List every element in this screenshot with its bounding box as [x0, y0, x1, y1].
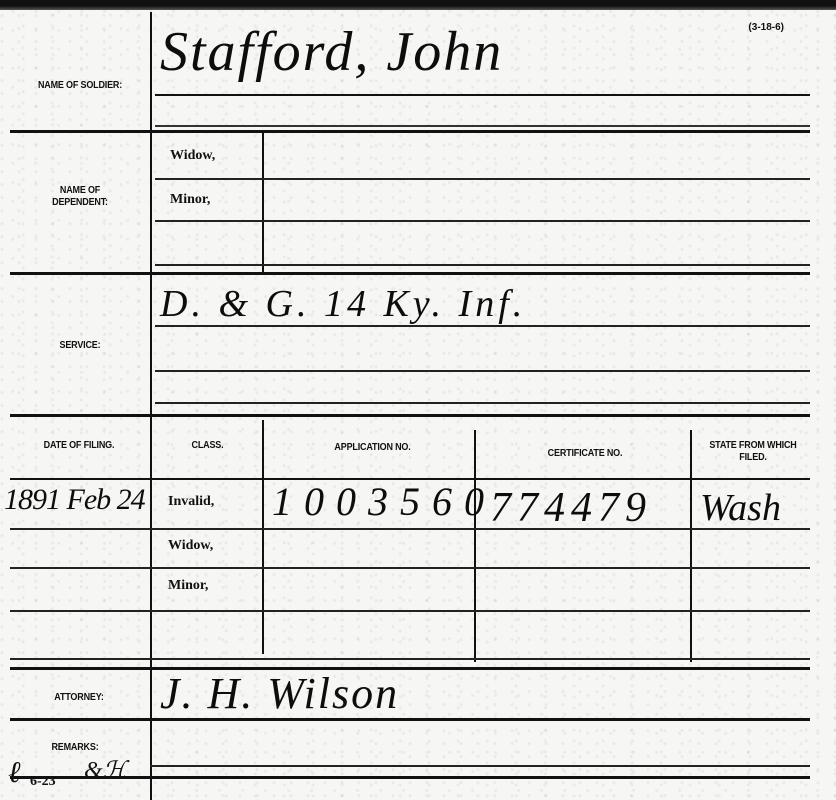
attorney-name: J. H. Wilson — [160, 668, 399, 719]
soldier-name: Stafford, John — [160, 20, 503, 84]
service-row-bottom-thick — [10, 414, 810, 417]
soldier-row-bottom — [10, 130, 810, 133]
table-row1-line — [10, 528, 810, 530]
dependent-row2-line — [155, 220, 810, 222]
attorney-label: ATTORNEY: — [30, 692, 129, 704]
scan-top-edge — [0, 0, 836, 10]
soldier-name-underline — [155, 94, 810, 96]
filing-class-widow: Widow, — [168, 538, 213, 554]
header-application-no: APPLICATION NO. — [280, 442, 465, 454]
remarks-margin-note: 6-23 — [30, 774, 56, 790]
table-bottom-thick — [10, 667, 810, 670]
filing-class-invalid: Invalid, — [168, 494, 214, 510]
table-divider-application — [474, 430, 476, 662]
form-code: (3-18-6) — [748, 22, 784, 33]
filing-date: 1891 Feb 24 — [4, 483, 145, 517]
header-state-from-which-filed: STATE FROM WHICH FILED. — [704, 440, 803, 464]
pension-index-card: (3-18-6) NAME OF SOLDIER: Stafford, John… — [0, 0, 836, 800]
service-label: SERVICE: — [35, 340, 125, 352]
dependent-class-widow: Widow, — [170, 148, 215, 164]
dependent-row3-line — [155, 264, 810, 266]
header-certificate-no: CERTIFICATE NO. — [491, 448, 680, 460]
dependent-row-bottom — [10, 272, 810, 275]
dependent-label: NAME OF DEPENDENT: — [35, 185, 125, 209]
remarks-line-2 — [10, 776, 810, 779]
soldier-label: NAME OF SOLDIER: — [35, 80, 125, 92]
remarks-line-1 — [150, 765, 810, 767]
soldier-row-bottom-2 — [155, 125, 810, 127]
filing-state: Wash — [700, 486, 781, 530]
table-row3-line — [10, 610, 810, 612]
dependent-class-minor: Minor, — [170, 192, 210, 208]
table-divider-certificate — [690, 430, 692, 662]
table-row2-line — [10, 567, 810, 569]
table-divider-class — [262, 420, 264, 654]
service-row-bottom — [155, 402, 810, 404]
remarks-margin-scribble: ℓ — [8, 756, 21, 790]
service-line-1 — [155, 325, 810, 327]
remarks-label: REMARKS: — [35, 742, 116, 754]
service-value: D. & G. 14 Ky. Inf. — [160, 282, 526, 326]
service-line-2 — [155, 370, 810, 372]
filing-class-minor: Minor, — [168, 578, 208, 594]
attorney-row-bottom — [10, 718, 810, 721]
certificate-number: 774479 — [490, 484, 652, 532]
dependent-row1-line — [155, 178, 810, 180]
dependent-class-divider — [262, 133, 264, 273]
header-date-of-filing: DATE OF FILING. — [21, 440, 138, 452]
table-bottom-thin — [10, 658, 810, 660]
application-number: 1003560 — [272, 478, 496, 525]
header-class: CLASS. — [165, 440, 251, 452]
remarks-margin-scribble-2: &ℋ — [84, 756, 126, 785]
